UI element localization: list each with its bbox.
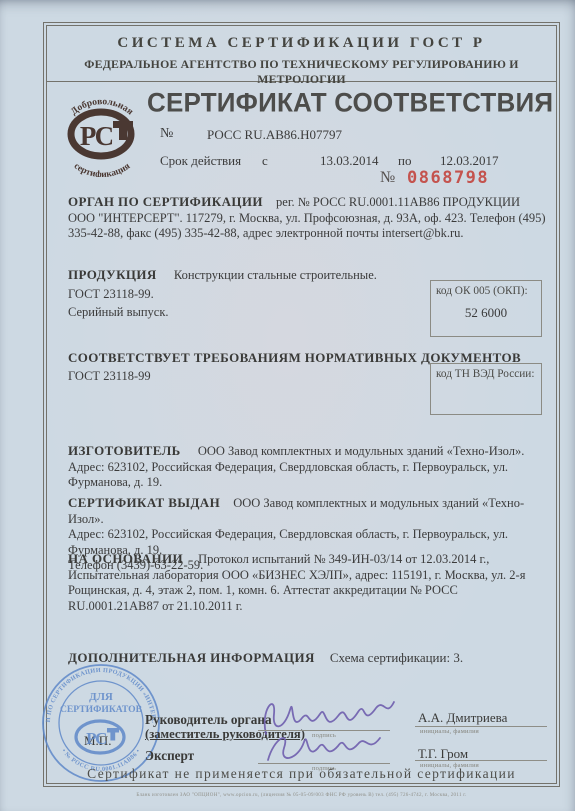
- additional-text: Схема сертификации: 3.: [330, 650, 463, 665]
- system-title: СИСТЕМА СЕРТИФИКАЦИИ ГОСТ Р: [45, 35, 558, 52]
- manufacturer-section: ИЗГОТОВИТЕЛЬ ООО Завод комплектных и мод…: [68, 443, 546, 491]
- blank-number-sign: №: [380, 169, 395, 187]
- product-section: ПРОДУКЦИЯ Конструкции стальные строитель…: [68, 266, 418, 322]
- validity-from-label: с: [262, 153, 268, 169]
- okp-value: 52 6000: [436, 305, 536, 321]
- product-gost: ГОСТ 23118-99.: [68, 287, 154, 301]
- logo-bottom-arc-text: сертификация: [72, 161, 132, 177]
- cert-number-value: РОСС RU.AB86.H07797: [207, 127, 342, 143]
- expert-name-line: [415, 760, 547, 761]
- manufacturer-label: ИЗГОТОВИТЕЛЬ: [68, 443, 181, 458]
- validity-from-date: 13.03.2014: [320, 153, 379, 169]
- head-name-line: [415, 726, 547, 727]
- product-name: Конструкции стальные строительные.: [174, 268, 377, 282]
- stamp-t-glyph: [107, 728, 119, 741]
- head-name: А.А. Дмитриева: [418, 710, 507, 726]
- tnved-label: код ТН ВЭД России:: [436, 368, 536, 380]
- agency-title: ФЕДЕРАЛЬНОЕ АГЕНТСТВО ПО ТЕХНИЧЕСКОМУ РЕ…: [45, 57, 558, 87]
- product-serial: Серийный выпуск.: [68, 305, 169, 319]
- head-role-line1: Руководитель органа: [145, 712, 272, 728]
- validity-to-date: 12.03.2017: [440, 153, 499, 169]
- manufacturer-address: Адрес: 623102, Российская Федерация, Све…: [68, 460, 546, 491]
- certificate-page: СИСТЕМА СЕРТИФИКАЦИИ ГОСТ Р ФЕДЕРАЛЬНОЕ …: [0, 0, 575, 811]
- document-title: СЕРТИФИКАТ СООТВЕТСТВИЯ: [147, 86, 553, 118]
- stamp-letters: РС: [86, 729, 106, 748]
- tnved-code-box: код ТН ВЭД России:: [430, 363, 542, 415]
- logo-letters: РС: [80, 121, 113, 151]
- conformity-value: ГОСТ 23118-99: [68, 369, 151, 383]
- stamp-line2: СЕРТИФИКАТОВ: [60, 704, 143, 715]
- blank-number: 0868798: [407, 168, 489, 188]
- rst-logo-icon: Добровольная РС сертификация: [52, 85, 152, 177]
- validity-label: Срок действия: [160, 153, 241, 169]
- cert-number-sign: №: [160, 126, 173, 142]
- expert-signature-icon: [262, 728, 387, 768]
- okp-code-box: код ОК 005 (ОКП): 52 6000: [430, 280, 542, 337]
- issued-label: СЕРТИФИКАТ ВЫДАН: [68, 495, 220, 510]
- org-label: ОРГАН ПО СЕРТИФИКАЦИИ: [68, 194, 263, 209]
- stamp-line1: ДЛЯ: [89, 691, 113, 703]
- svg-text:сертификация: сертификация: [72, 161, 132, 177]
- basis-label: НА ОСНОВАНИИ: [68, 551, 183, 566]
- okp-label: код ОК 005 (ОКП):: [436, 285, 536, 297]
- expert-signature-line: [258, 763, 390, 764]
- expert-role: Эксперт: [145, 748, 194, 764]
- validity-to-label: по: [398, 153, 411, 169]
- certification-body-section: ОРГАН ПО СЕРТИФИКАЦИИ рег. № РОСС RU.000…: [68, 194, 546, 242]
- product-label: ПРОДУКЦИЯ: [68, 267, 157, 282]
- blank-print-info: Бланк изготовлен ЗАО "ОПЦИОН", www.opcio…: [45, 793, 558, 798]
- head-name-caption: инициалы, фамилия: [420, 728, 479, 735]
- basis-section: НА ОСНОВАНИИ Протокол испытаний № 349-ИН…: [68, 551, 546, 614]
- manufacturer-name: ООО Завод комплектных и модульных зданий…: [198, 444, 525, 458]
- bottom-note: Сертификат не применяется при обязательн…: [45, 766, 558, 782]
